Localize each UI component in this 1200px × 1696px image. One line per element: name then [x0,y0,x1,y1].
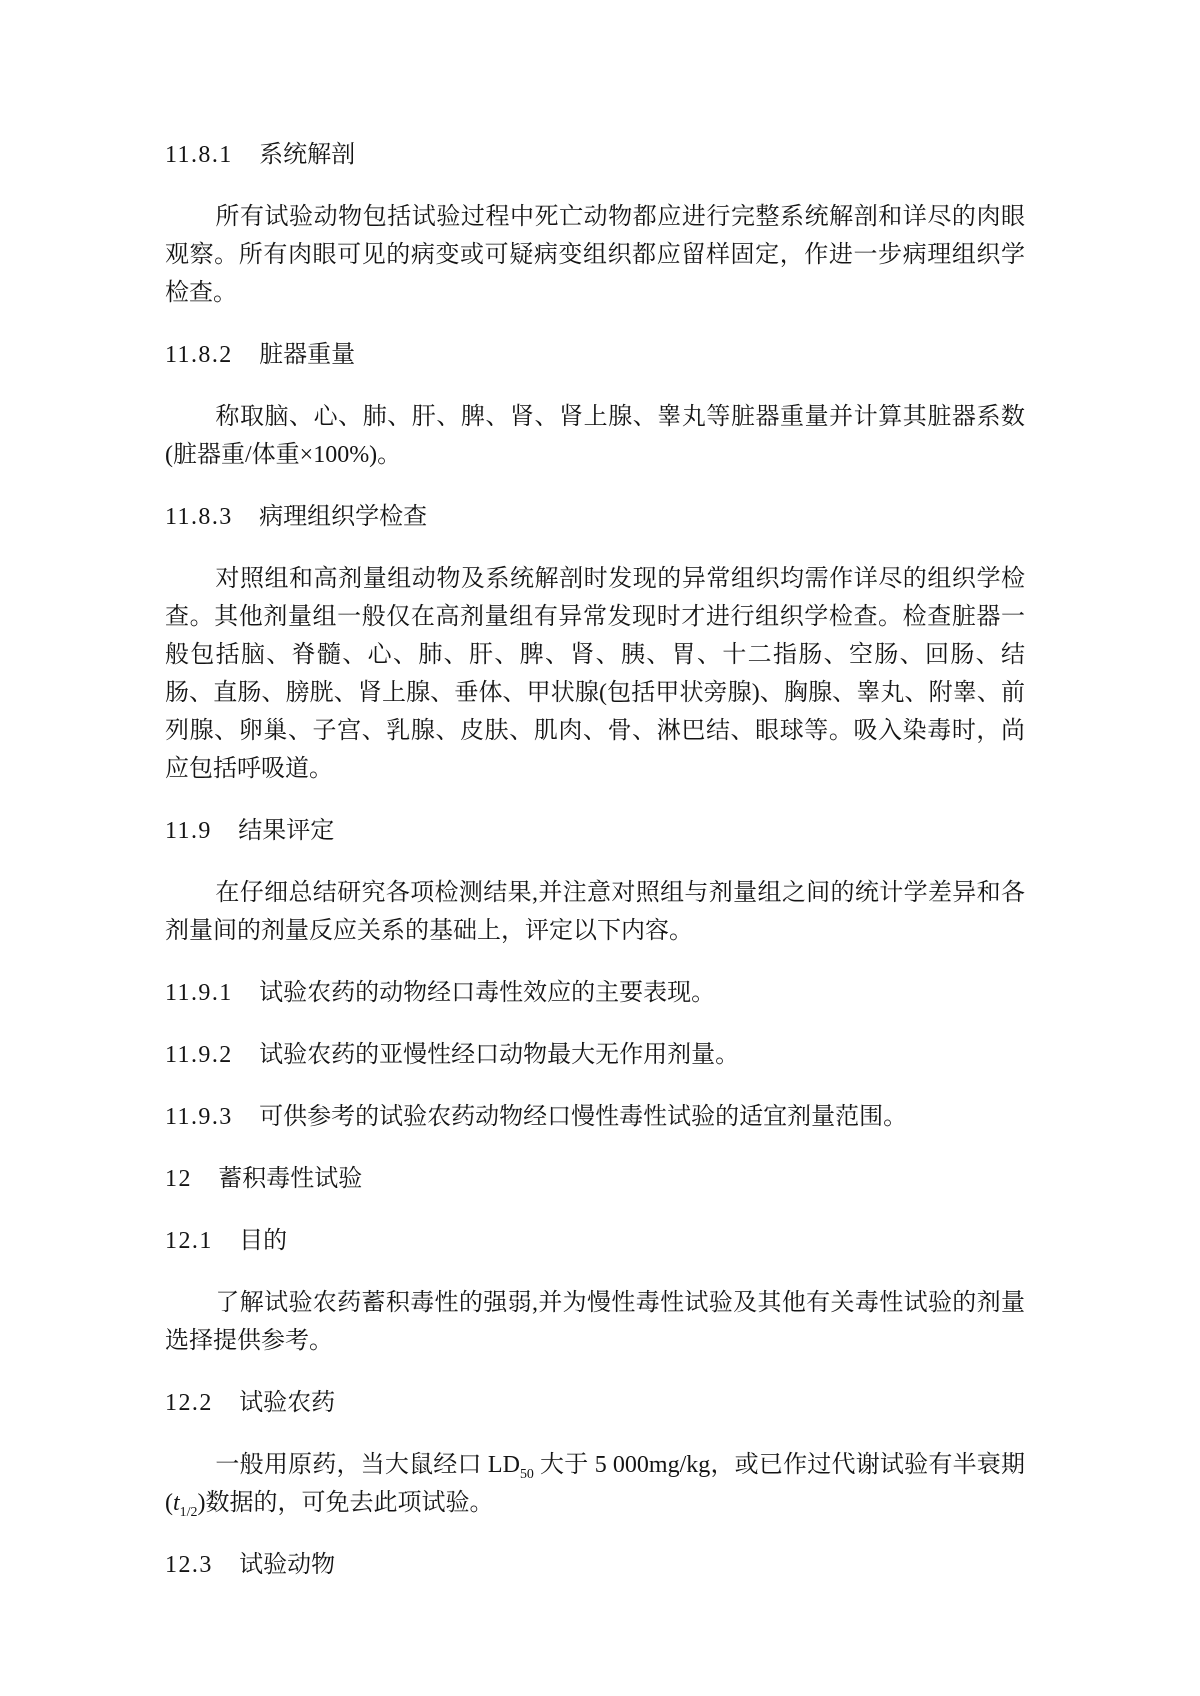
section-number: 11.8.2 [165,336,233,374]
section-title: 试验动物 [239,1552,335,1578]
text-run: )数据的，可免去此项试验。 [197,1490,493,1516]
section-number: 12.3 [165,1546,213,1584]
ld50-subscript: 50 [520,1467,534,1482]
section-heading-12-3: 12.3试验动物 [165,1546,1025,1584]
section-number: 12.1 [165,1222,213,1260]
section-title: 目的 [239,1228,287,1254]
section-heading-11-8-3: 11.8.3病理组织学检查 [165,498,1025,536]
section-number: 12 [165,1160,192,1198]
paragraph-histopathology: 对照组和高剂量组动物及系统解剖时发现的异常组织均需作详尽的组织学检查。其他剂量组… [165,560,1025,788]
section-title: 蓄积毒性试验 [218,1166,362,1192]
section-number: 11.8.1 [165,136,233,174]
section-heading-11-8-1: 11.8.1系统解剖 [165,136,1025,174]
section-heading-12-2: 12.2试验农药 [165,1384,1025,1422]
paragraph-purpose: 了解试验农药蓄积毒性的强弱,并为慢性毒性试验及其他有关毒性试验的剂量选择提供参考… [165,1284,1025,1360]
section-number: 11.8.3 [165,498,233,536]
section-heading-12-1: 12.1目的 [165,1222,1025,1260]
paragraph-test-pesticide: 一般用原药，当大鼠经口 LD50 大于 5 000mg/kg，或已作过代谢试验有… [165,1446,1025,1522]
half-life-variable: t [173,1490,180,1516]
section-number: 11.9.2 [165,1036,233,1074]
section-heading-11-9: 11.9结果评定 [165,812,1025,850]
paragraph-necropsy: 所有试验动物包括试验过程中死亡动物都应进行完整系统解剖和详尽的肉眼观察。所有肉眼… [165,198,1025,312]
section-title: 脏器重量 [259,342,355,368]
numbered-item-11-9-3: 11.9.3可供参考的试验农药动物经口慢性毒性试验的适宜剂量范围。 [165,1098,1025,1136]
section-title: 系统解剖 [259,142,355,168]
numbered-item-11-9-1: 11.9.1试验农药的动物经口毒性效应的主要表现。 [165,974,1025,1012]
item-text: 可供参考的试验农药动物经口慢性毒性试验的适宜剂量范围。 [259,1104,907,1130]
section-heading-12: 12蓄积毒性试验 [165,1160,1025,1198]
section-number: 11.9 [165,812,212,850]
section-title: 病理组织学检查 [259,504,427,530]
section-number: 11.9.3 [165,1098,233,1136]
document-page: 11.8.1系统解剖 所有试验动物包括试验过程中死亡动物都应进行完整系统解剖和详… [0,0,1200,1696]
paragraph-organ-weight: 称取脑、心、肺、肝、脾、肾、肾上腺、睾丸等脏器重量并计算其脏器系数(脏器重/体重… [165,398,1025,474]
item-text: 试验农药的亚慢性经口动物最大无作用剂量。 [259,1042,739,1068]
item-text: 试验农药的动物经口毒性效应的主要表现。 [259,980,715,1006]
text-run: 一般用原药，当大鼠经口 LD [215,1452,520,1478]
section-heading-11-8-2: 11.8.2脏器重量 [165,336,1025,374]
section-number: 12.2 [165,1384,213,1422]
numbered-item-11-9-2: 11.9.2试验农药的亚慢性经口动物最大无作用剂量。 [165,1036,1025,1074]
section-title: 试验农药 [239,1390,335,1416]
half-life-subscript: 1/2 [180,1505,198,1520]
section-number: 11.9.1 [165,974,233,1012]
paragraph-result-evaluation: 在仔细总结研究各项检测结果,并注意对照组与剂量组之间的统计学差异和各剂量间的剂量… [165,874,1025,950]
section-title: 结果评定 [238,818,334,844]
